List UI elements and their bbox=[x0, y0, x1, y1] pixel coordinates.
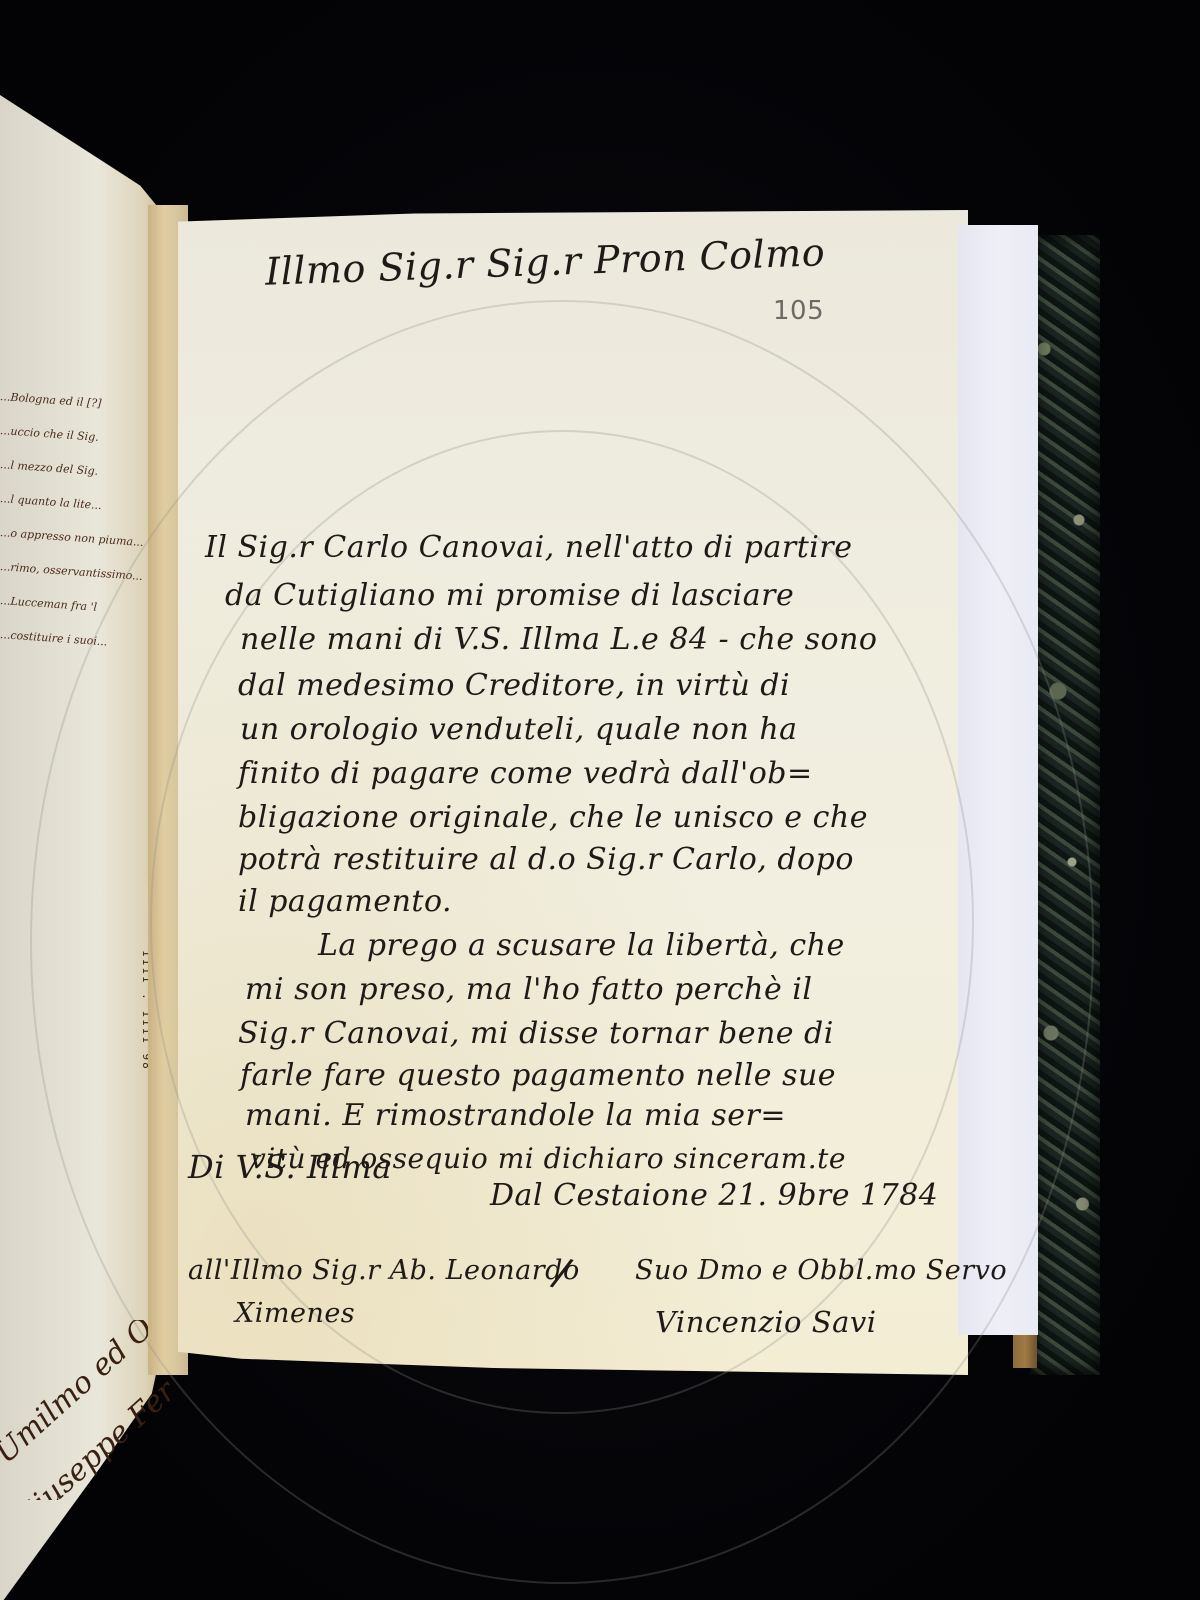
manuscript-photo: ...Bologna ed il [?] ...uccio che il Sig… bbox=[0, 0, 1200, 1600]
body-line: finito di pagare come vedrà dall'ob= bbox=[238, 756, 813, 791]
marbled-book-board bbox=[1030, 235, 1100, 1375]
body-line: un orologio venduteli, quale non ha bbox=[240, 712, 798, 747]
body-line: Il Sig.r Carlo Canovai, nell'atto di par… bbox=[205, 530, 852, 565]
body-line: il pagamento. bbox=[238, 884, 452, 919]
addressee-line: all'Illmo Sig.r Ab. Leonardo bbox=[188, 1255, 580, 1286]
left-page-signature: Umilmo ed Obbmo Giuseppe Ferdinando bbox=[0, 1320, 170, 1500]
body-line: nelle mani di V.S. Illma L.e 84 - che so… bbox=[240, 622, 877, 657]
left-page-text: ...Bologna ed il [?] ...uccio che il Sig… bbox=[0, 380, 160, 652]
body-line: La prego a scusare la libertà, che bbox=[318, 928, 845, 963]
white-insert-card bbox=[958, 225, 1038, 1335]
body-line: Sig.r Canovai, mi disse tornar bene di bbox=[238, 1016, 834, 1051]
body-line: da Cutigliano mi promise di lasciare bbox=[225, 578, 794, 613]
body-line: potrà restituire al d.o Sig.r Carlo, dop… bbox=[238, 842, 854, 877]
body-line: bligazione originale, che le unisco e ch… bbox=[238, 800, 868, 835]
body-line: mi son preso, ma l'ho fatto perchè il bbox=[245, 972, 812, 1007]
body-line: dal medesimo Creditore, in virtù di bbox=[238, 668, 790, 703]
body-line: mani. E rimostrandole la mia ser= bbox=[245, 1098, 786, 1133]
body-line: farle fare questo pagamento nelle sue bbox=[240, 1058, 836, 1093]
closing: Di V.S. Illma bbox=[188, 1148, 392, 1186]
signature-name: Vincenzio Savi bbox=[655, 1305, 877, 1339]
addressee-line: Ximenes bbox=[235, 1298, 355, 1329]
signature-line: Suo Dmo e Obbl.mo Servo bbox=[635, 1255, 1007, 1286]
folio-number: 105 bbox=[773, 296, 824, 326]
dateline: Dal Cestaione 21. 9bre 1784 bbox=[490, 1178, 938, 1213]
